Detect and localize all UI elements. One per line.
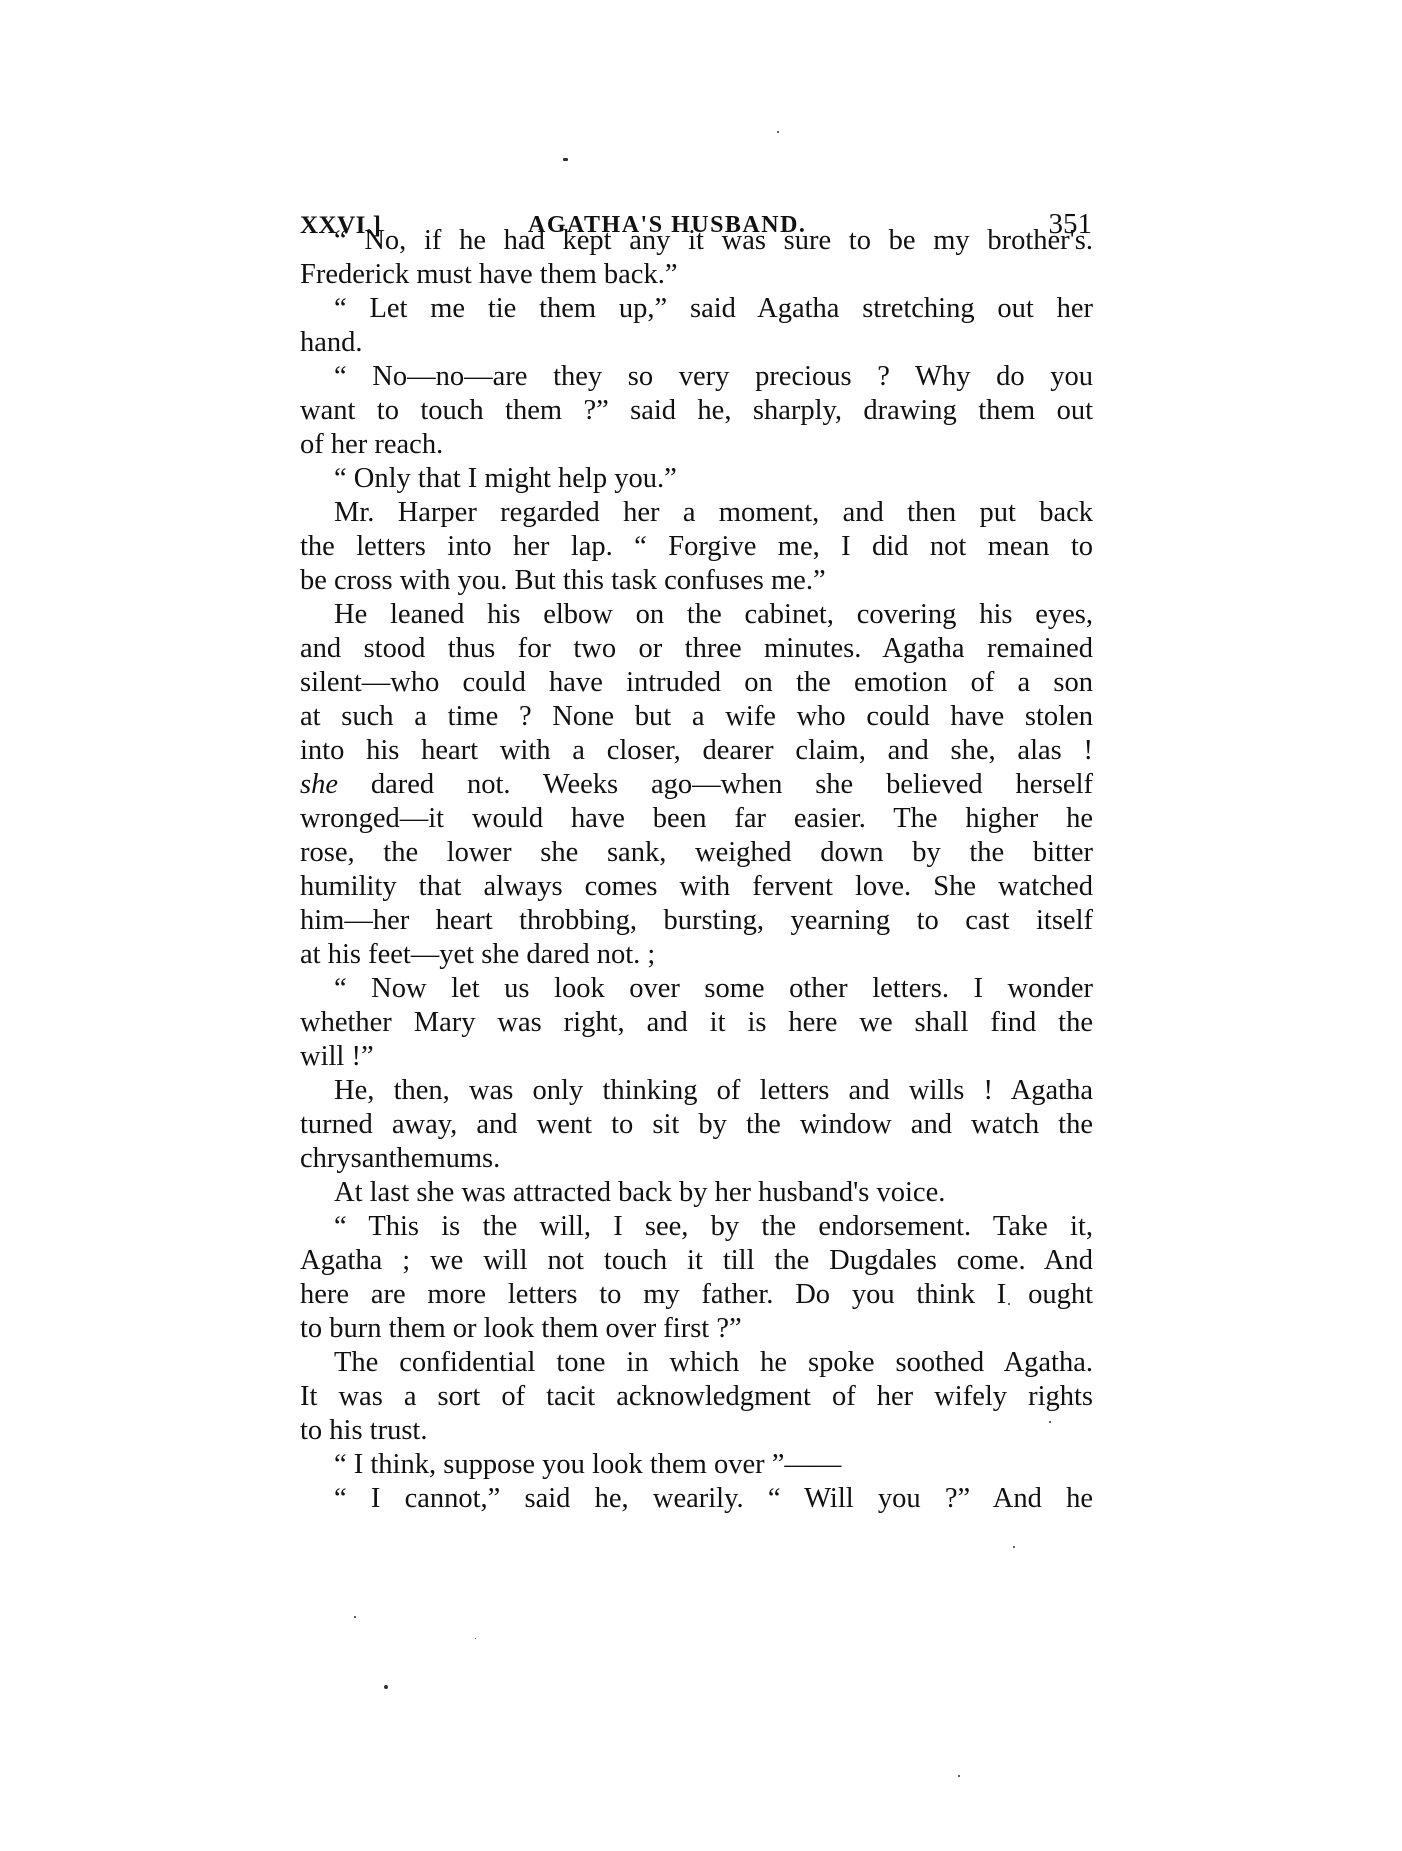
text-line: and stood thus for two or three minutes.… (300, 632, 1093, 666)
text-line: “ Let me tie them up,” said Agatha stret… (300, 292, 1093, 326)
text-line: she dared not. Weeks ago—when she believ… (300, 768, 1093, 802)
text-line: He leaned his elbow on the cabinet, cove… (300, 598, 1093, 632)
text-line: “ I think, suppose you look them over ”—… (300, 1448, 1093, 1482)
text-line: chrysanthemums. (300, 1142, 1093, 1176)
scan-speck (354, 1616, 356, 1618)
text-line: turned away, and went to sit by the wind… (300, 1108, 1093, 1142)
text-line: At last she was attracted back by her hu… (300, 1176, 1093, 1210)
text-line: “ No, if he had kept any it was sure to … (300, 224, 1093, 258)
text-line: to burn them or look them over first ?” (300, 1312, 1093, 1346)
scan-speck (1008, 1303, 1010, 1305)
italic-word: she (300, 769, 338, 800)
text-line: “ This is the will, I see, by the endors… (300, 1210, 1093, 1244)
text-line: the letters into her lap. “ Forgive me, … (300, 530, 1093, 564)
text-line: The confidential tone in which he spoke … (300, 1346, 1093, 1380)
text-line: Mr. Harper regarded her a moment, and th… (300, 496, 1093, 530)
text-line: him—her heart throbbing, bursting, yearn… (300, 904, 1093, 938)
scan-speck (958, 1775, 960, 1777)
text-line: at his feet—yet she dared not. ; (300, 938, 1093, 972)
text-line: silent—who could have intruded on the em… (300, 666, 1093, 700)
text-line: “ Only that I might help you.” (300, 462, 1093, 496)
text-line: into his heart with a closer, dearer cla… (300, 734, 1093, 768)
scan-speck (384, 1685, 388, 1689)
text-line: here are more letters to my father. Do y… (300, 1278, 1093, 1312)
text-line: at such a time ? None but a wife who cou… (300, 700, 1093, 734)
text-line: will !” (300, 1040, 1093, 1074)
text-line: Frederick must have them back.” (300, 258, 1093, 292)
text-line: want to touch them ?” said he, sharply, … (300, 394, 1093, 428)
text-line: to his trust. (300, 1414, 1093, 1448)
text-line: “ I cannot,” said he, wearily. “ Will yo… (300, 1482, 1093, 1516)
scan-speck (563, 158, 568, 161)
book-page: XXVI.] AGATHA'S HUSBAND. 351 “ No, if he… (0, 0, 1402, 1851)
text-line: “ Now let us look over some other letter… (300, 972, 1093, 1006)
text-line: rose, the lower she sank, weighed down b… (300, 836, 1093, 870)
scan-speck (777, 131, 779, 133)
scan-speck (1013, 1546, 1015, 1548)
text-line: Agatha ; we will not touch it till the D… (300, 1244, 1093, 1278)
text-span: dared not. Weeks ago—when she believed h… (338, 769, 1093, 800)
text-line: “ No—no—are they so very precious ? Why … (300, 360, 1093, 394)
text-line: be cross with you. But this task confuse… (300, 564, 1093, 598)
text-line: humility that always comes with fervent … (300, 870, 1093, 904)
text-line: hand. (300, 326, 1093, 360)
scan-speck (1049, 1421, 1051, 1423)
text-line: It was a sort of tacit acknowledgment of… (300, 1380, 1093, 1414)
text-line: of her reach. (300, 428, 1093, 462)
scan-speck (475, 1638, 476, 1639)
text-line: whether Mary was right, and it is here w… (300, 1006, 1093, 1040)
text-line: wronged—it would have been far easier. T… (300, 802, 1093, 836)
text-line: He, then, was only thinking of letters a… (300, 1074, 1093, 1108)
